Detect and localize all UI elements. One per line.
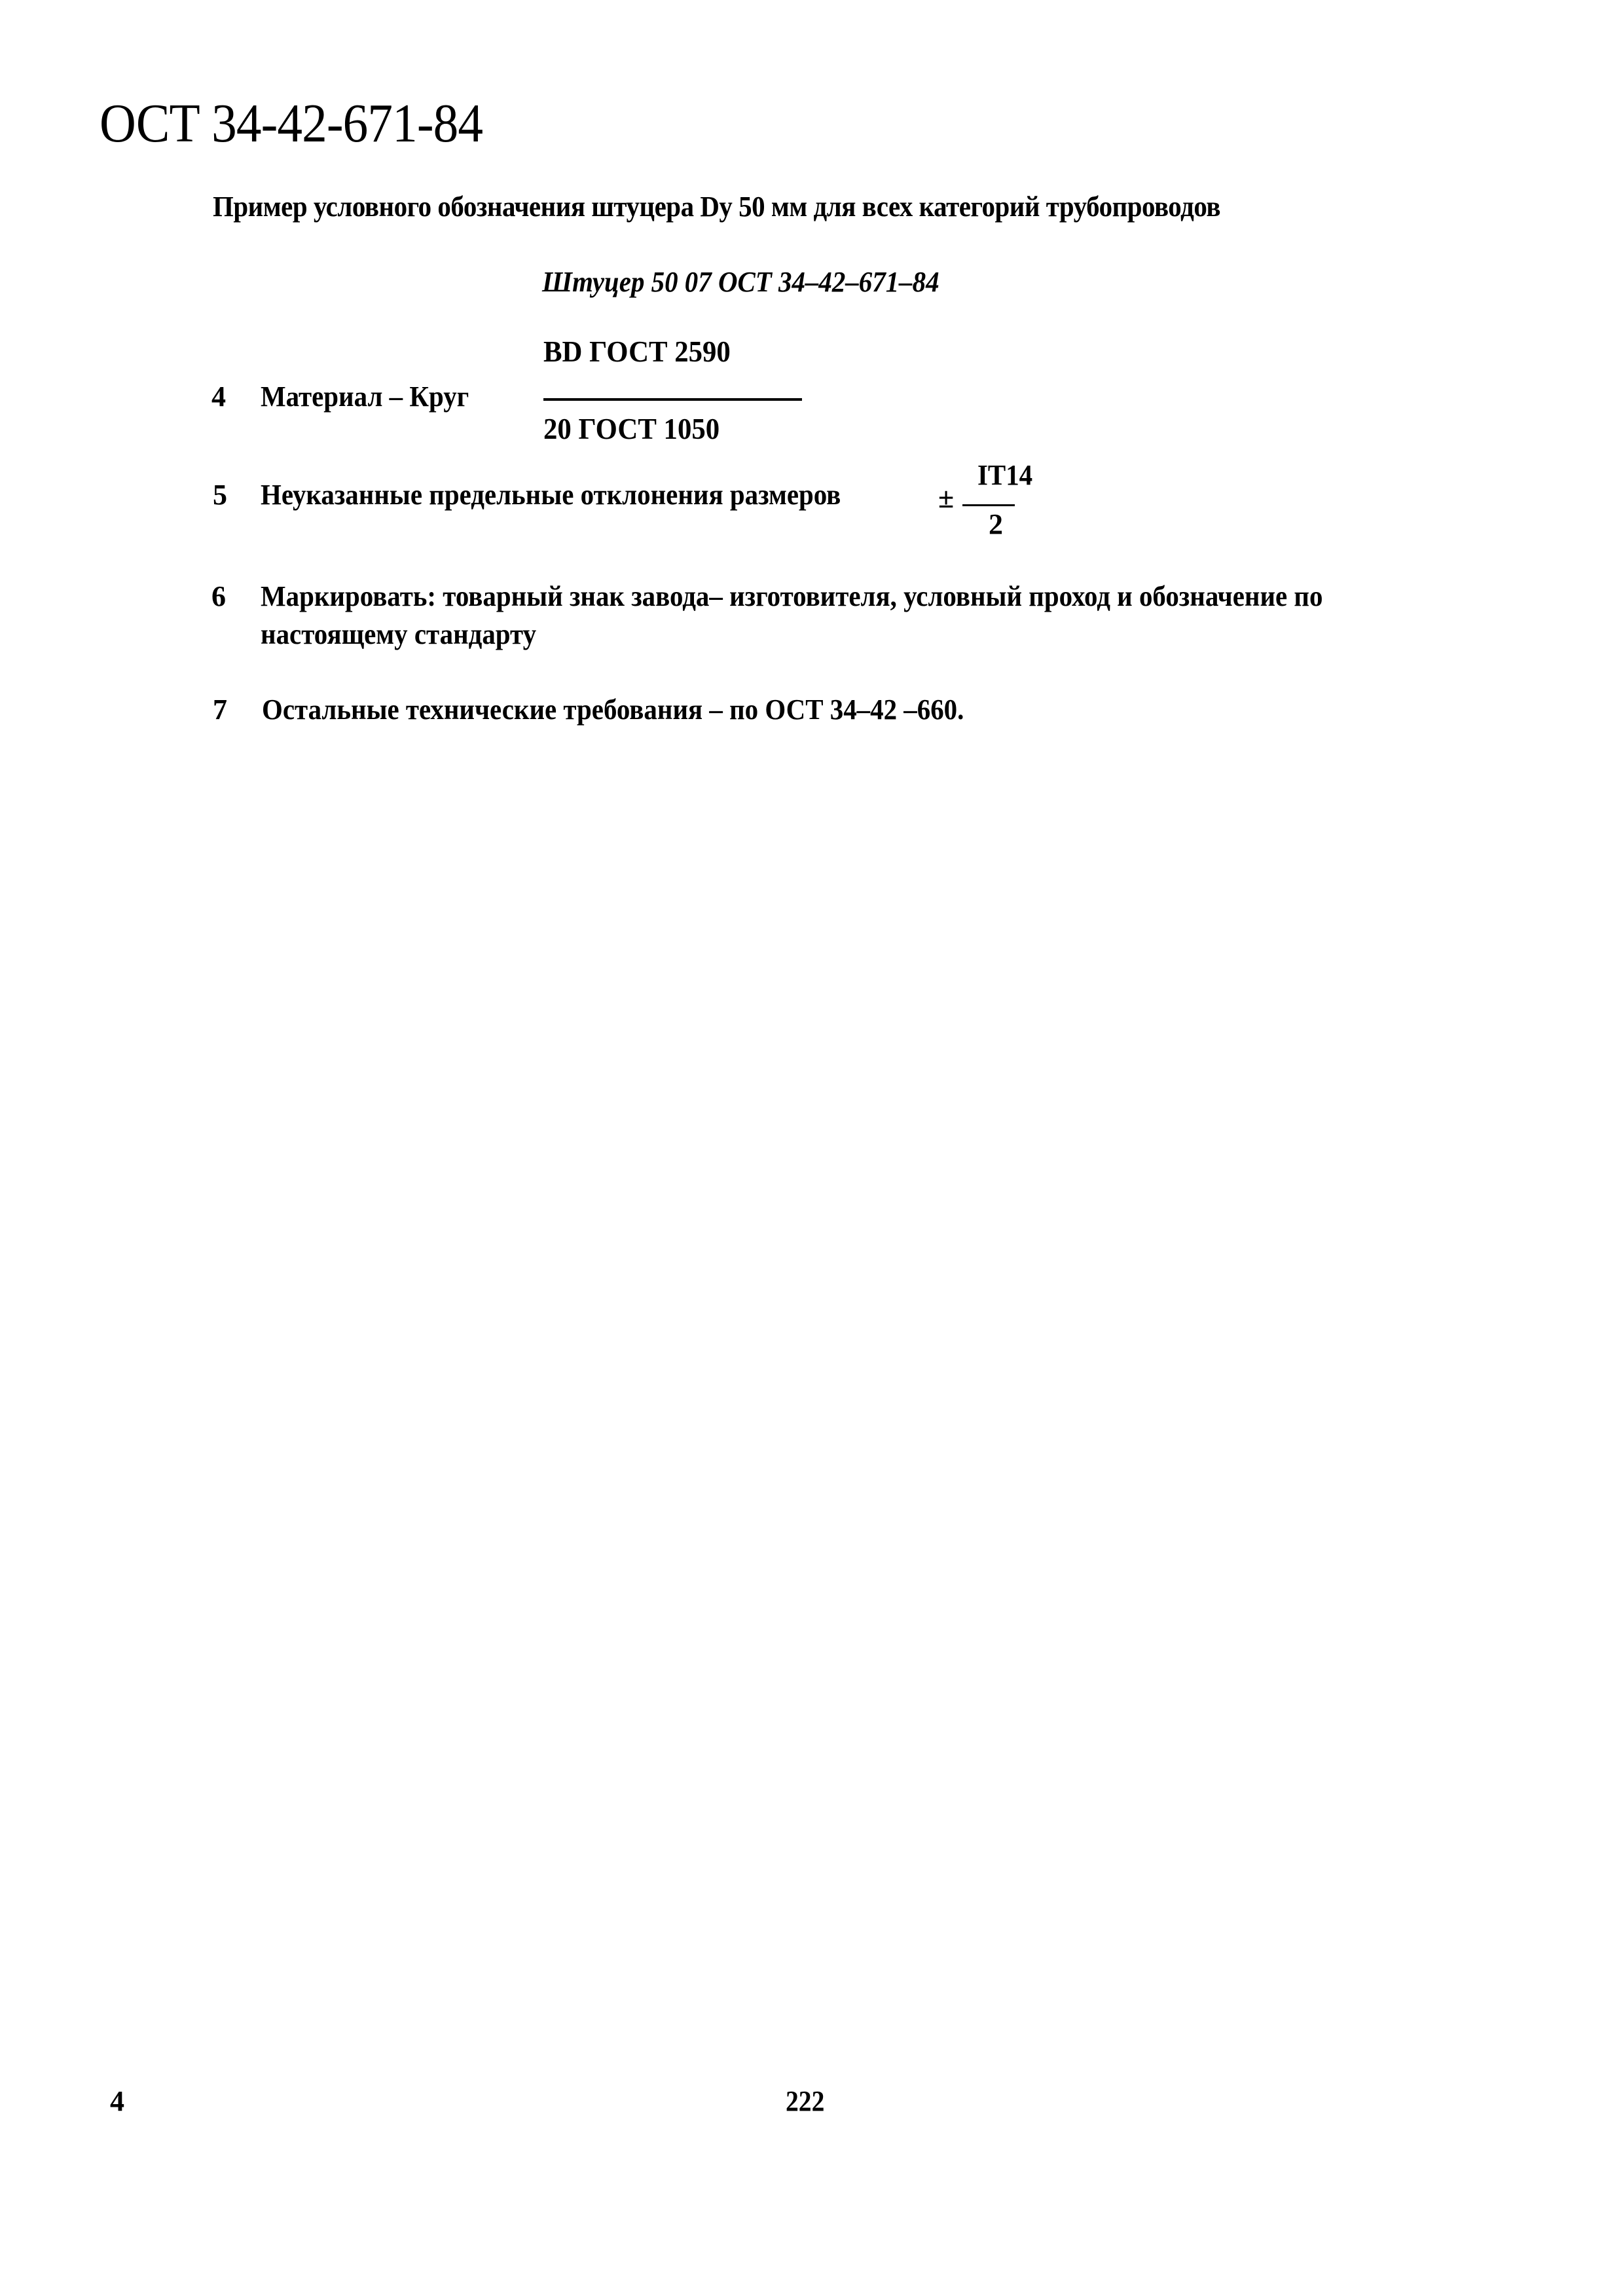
material-fraction-numerator: BD ГОСТ 2590: [543, 334, 731, 369]
example-designation: Штуцер 50 07 ОСТ 34–42–671–84: [542, 265, 939, 299]
page-number: 222: [786, 2084, 824, 2118]
tolerance-denominator: 2: [989, 508, 1003, 541]
sheet-number: 4: [110, 2084, 124, 2118]
item-text-line-1: Маркировать: товарный знак завода– изгот…: [261, 580, 1322, 613]
fraction-bar: [543, 398, 802, 401]
plus-minus-sign: ±: [938, 481, 954, 515]
item-number: 7: [213, 693, 227, 726]
item-text-line-2: настоящему стандарту: [261, 618, 536, 651]
example-caption: Пример условного обозначения штуцера Dу …: [213, 190, 1220, 223]
item-text: Неуказанные предельные отклонения размер…: [261, 478, 841, 511]
item-text: Материал – Круг: [261, 380, 469, 413]
tolerance-numerator: IT14: [977, 458, 1032, 492]
document-code-header: ОСТ 34-42-671-84: [100, 92, 483, 155]
item-number: 6: [211, 580, 226, 613]
material-fraction-denominator: 20 ГОСТ 1050: [543, 411, 720, 446]
item-number: 5: [213, 478, 227, 511]
fraction-bar: [962, 504, 1015, 506]
item-text: Остальные технические требования – по ОС…: [262, 693, 964, 726]
item-number: 4: [211, 380, 226, 413]
